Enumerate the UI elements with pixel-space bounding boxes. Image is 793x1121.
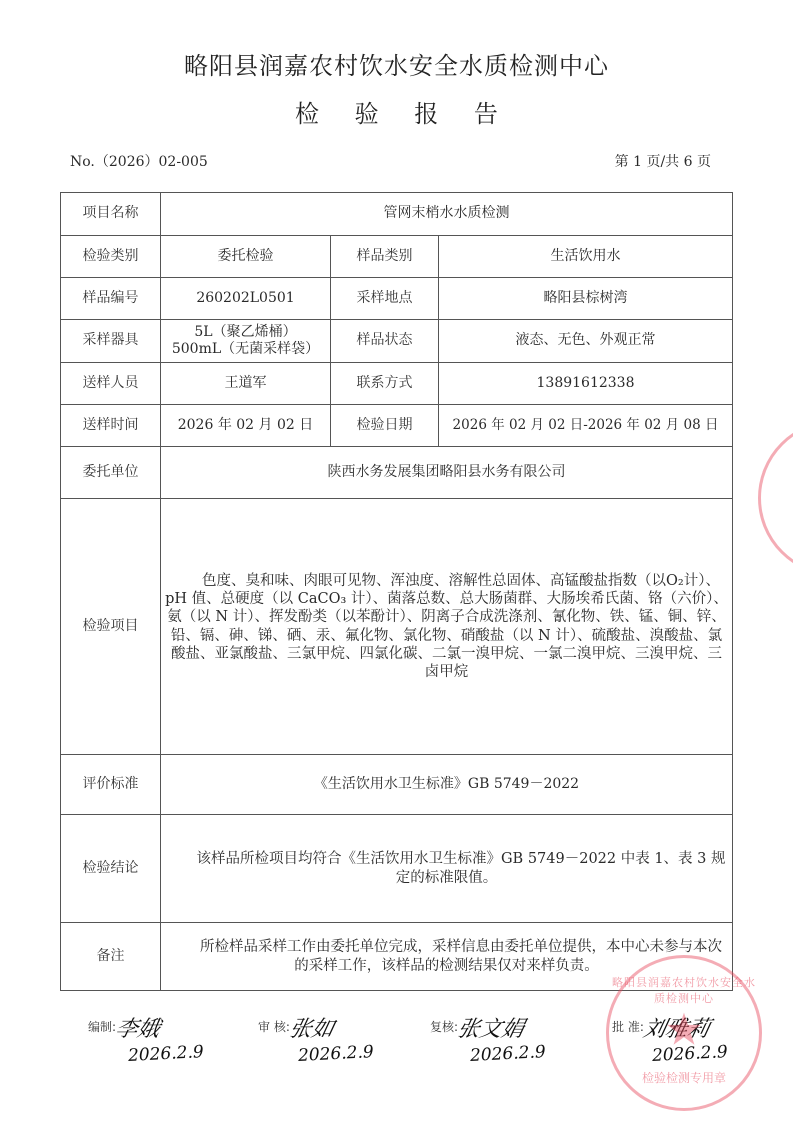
conclusion-label: 检验结论 xyxy=(61,815,161,923)
inspection-date-value: 2026 年 02 月 02 日-2026 年 02 月 08 日 xyxy=(439,405,733,447)
row-conclusion: 检验结论 该样品所检项目均符合《生活饮用水卫生标准》GB 5749－2022 中… xyxy=(61,815,733,923)
evaluation-standard-value: 《生活饮用水卫生标准》GB 5749－2022 xyxy=(161,755,733,815)
sample-state-label: 样品状态 xyxy=(331,320,439,363)
row-remarks: 备注 所检样品采样工作由委托单位完成，采样信息由委托单位提供，本中心未参与本次的… xyxy=(61,923,733,991)
inspection-type-value: 委托检验 xyxy=(161,236,331,278)
official-seal-partial xyxy=(758,420,793,576)
sender-value: 王道军 xyxy=(161,363,331,405)
sampling-site-value: 略阳县棕树湾 xyxy=(439,278,733,320)
send-time-value: 2026 年 02 月 02 日 xyxy=(161,405,331,447)
project-name-value: 管网末梢水水质检测 xyxy=(161,193,733,236)
remarks-text: 所检样品采样工作由委托单位完成，采样信息由委托单位提供，本中心未参与本次的采样工… xyxy=(165,938,728,974)
sample-no-value: 260202L0501 xyxy=(161,278,331,320)
row-sampling-equipment: 采样器具 5L（聚乙烯桶） 500mL（无菌采样袋） 样品状态 液态、无色、外观… xyxy=(61,320,733,363)
remarks-value: 所检样品采样工作由委托单位完成，采样信息由委托单位提供，本中心未参与本次的采样工… xyxy=(161,923,733,991)
contact-value: 13891612338 xyxy=(439,363,733,405)
compiled-signature: 李娥 xyxy=(113,1012,164,1043)
signature-approved: 批 准:刘雅莉 2026.2.9 xyxy=(612,1012,710,1043)
approved-signature: 刘雅莉 xyxy=(641,1012,714,1043)
client-value: 陕西水务发展集团略阳县水务有限公司 xyxy=(161,447,733,499)
row-sample-no: 样品编号 260202L0501 采样地点 略阳县棕树湾 xyxy=(61,278,733,320)
sample-no-label: 样品编号 xyxy=(61,278,161,320)
rechecked-label: 复核: xyxy=(430,1018,458,1035)
remarks-label: 备注 xyxy=(61,923,161,991)
row-project-name: 项目名称 管网末梢水水质检测 xyxy=(61,193,733,236)
sample-state-value: 液态、无色、外观正常 xyxy=(439,320,733,363)
organization-title: 略阳县润嘉农村饮水安全水质检测中心 xyxy=(0,46,793,81)
approved-date: 2026.2.9 xyxy=(652,1042,729,1066)
conclusion-value: 该样品所检项目均符合《生活饮用水卫生标准》GB 5749－2022 中表 1、表… xyxy=(161,815,733,923)
rechecked-signature: 张文娟 xyxy=(455,1012,528,1043)
project-name-label: 项目名称 xyxy=(61,193,161,236)
signature-rechecked: 复核:张文娟 2026.2.9 xyxy=(430,1012,524,1043)
report-table: 项目名称 管网末梢水水质检测 检验类别 委托检验 样品类别 生活饮用水 样品编号… xyxy=(60,192,733,991)
sender-label: 送样人员 xyxy=(61,363,161,405)
inspection-items-text: 色度、臭和味、肉眼可见物、浑浊度、溶解性总固体、高锰酸盐指数（以O₂计）、pH … xyxy=(165,572,728,681)
inspection-type-label: 检验类别 xyxy=(61,236,161,278)
send-time-label: 送样时间 xyxy=(61,405,161,447)
report-title: 检 验 报 告 xyxy=(0,94,793,129)
approved-label: 批 准: xyxy=(612,1018,644,1035)
inspection-items-value: 色度、臭和味、肉眼可见物、浑浊度、溶解性总固体、高锰酸盐指数（以O₂计）、pH … xyxy=(161,499,733,755)
sample-type-label: 样品类别 xyxy=(331,236,439,278)
row-inspection-type: 检验类别 委托检验 样品类别 生活饮用水 xyxy=(61,236,733,278)
sample-type-value: 生活饮用水 xyxy=(439,236,733,278)
row-client: 委托单位 陕西水务发展集团略阳县水务有限公司 xyxy=(61,447,733,499)
row-evaluation-standard: 评价标准 《生活饮用水卫生标准》GB 5749－2022 xyxy=(61,755,733,815)
row-inspection-items: 检验项目 色度、臭和味、肉眼可见物、浑浊度、溶解性总固体、高锰酸盐指数（以O₂计… xyxy=(61,499,733,755)
page-indicator: 第 1 页/共 6 页 xyxy=(615,151,711,171)
signature-row: 编制:李娥 2026.2.9 审 核:张如 2026.2.9 复核:张文娟 20… xyxy=(0,1012,793,1082)
inspection-items-label: 检验项目 xyxy=(61,499,161,755)
reviewed-signature: 张如 xyxy=(287,1012,338,1043)
signature-reviewed: 审 核:张如 2026.2.9 xyxy=(258,1012,334,1043)
client-label: 委托单位 xyxy=(61,447,161,499)
row-send-time: 送样时间 2026 年 02 月 02 日 检验日期 2026 年 02 月 0… xyxy=(61,405,733,447)
sampling-equipment-line2: 500mL（无菌采样袋） xyxy=(165,341,326,359)
reviewed-label: 审 核: xyxy=(258,1018,290,1035)
inspection-date-label: 检验日期 xyxy=(331,405,439,447)
report-number: No.（2026）02-005 xyxy=(70,151,208,171)
reviewed-date: 2026.2.9 xyxy=(298,1042,375,1066)
sampling-equipment-line1: 5L（聚乙烯桶） xyxy=(165,324,326,342)
compiled-label: 编制: xyxy=(88,1018,116,1035)
signature-compiled: 编制:李娥 2026.2.9 xyxy=(88,1012,160,1043)
sampling-equipment-label: 采样器具 xyxy=(61,320,161,363)
evaluation-standard-label: 评价标准 xyxy=(61,755,161,815)
sampling-site-label: 采样地点 xyxy=(331,278,439,320)
compiled-date: 2026.2.9 xyxy=(128,1042,205,1066)
sampling-equipment-value: 5L（聚乙烯桶） 500mL（无菌采样袋） xyxy=(161,320,331,363)
row-sender: 送样人员 王道军 联系方式 13891612338 xyxy=(61,363,733,405)
conclusion-text: 该样品所检项目均符合《生活饮用水卫生标准》GB 5749－2022 中表 1、表… xyxy=(165,850,728,886)
rechecked-date: 2026.2.9 xyxy=(470,1042,547,1066)
contact-label: 联系方式 xyxy=(331,363,439,405)
